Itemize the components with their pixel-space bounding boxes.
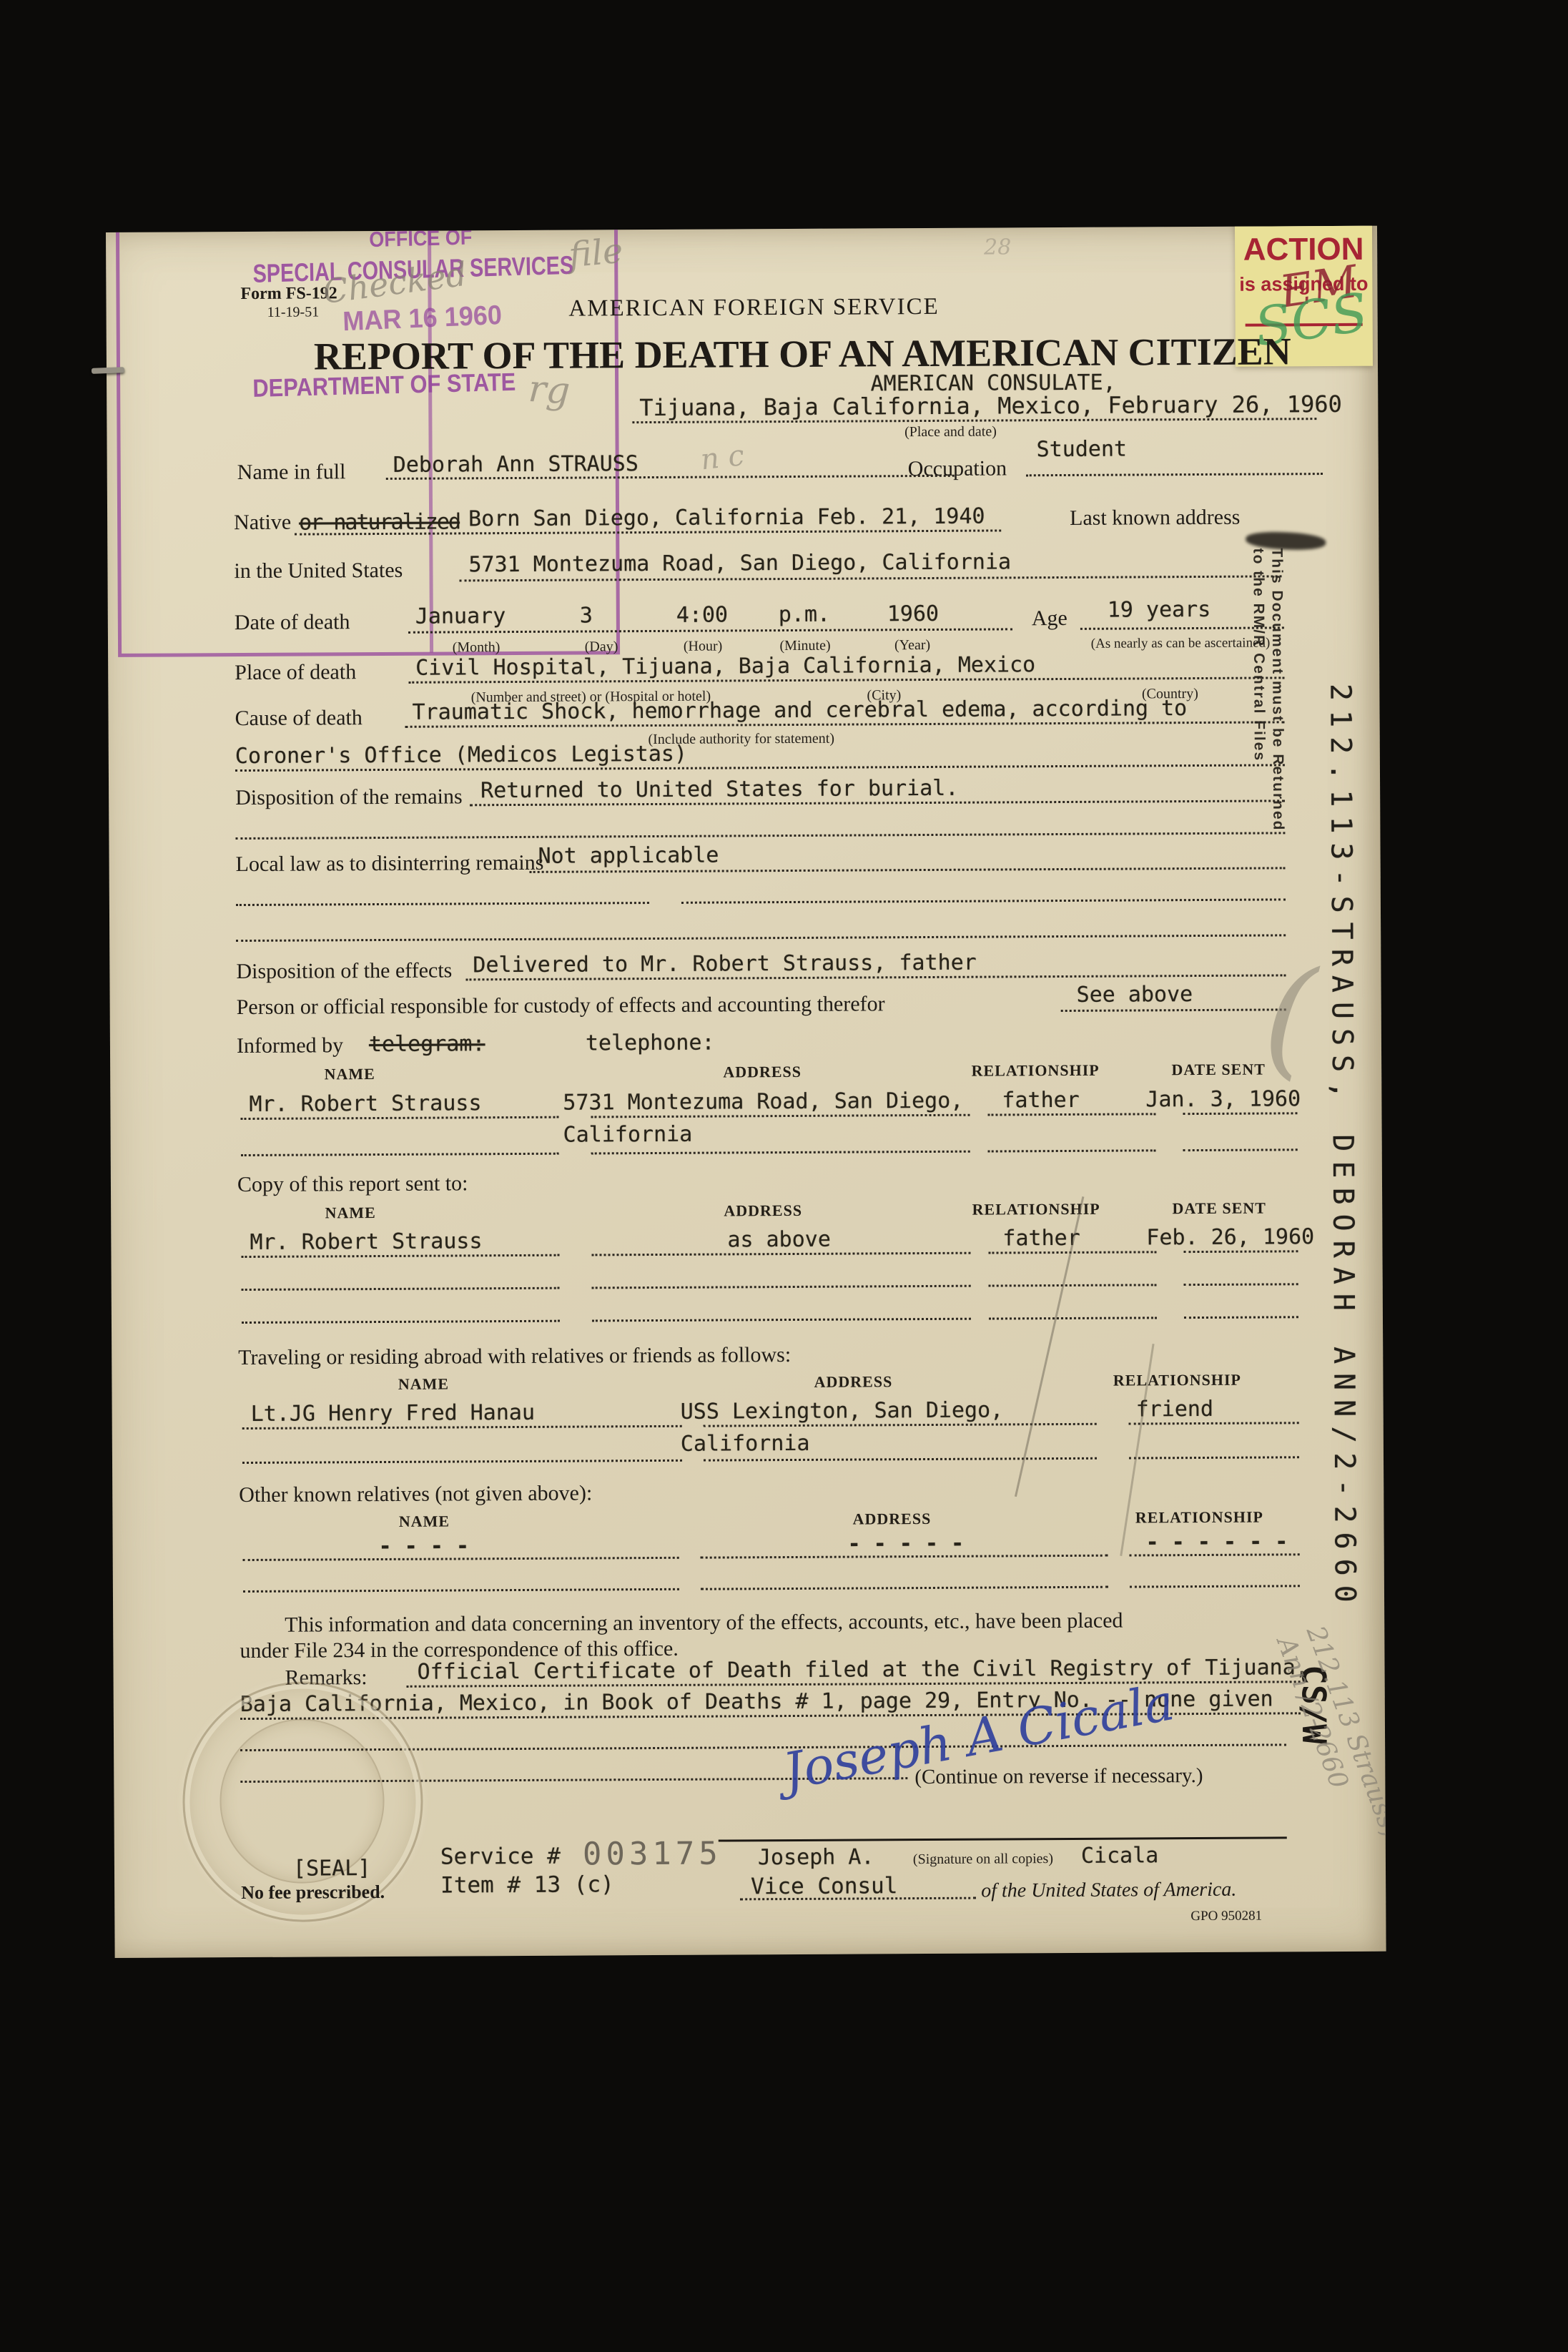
name-label: Name in full xyxy=(237,460,346,485)
traveling-header-address: ADDRESS xyxy=(781,1372,924,1392)
spacer-line-1 xyxy=(235,832,1285,840)
custody-label: Person or official responsible for custo… xyxy=(237,992,885,1020)
traveling-label: Traveling or residing abroad with relati… xyxy=(238,1343,791,1370)
death-day-value: 3 xyxy=(580,603,593,628)
service-number-value: 003175 xyxy=(583,1836,722,1873)
informed-row-address2: California xyxy=(563,1122,693,1148)
cause-of-death-value: Traumatic Shock, hemorrhage and cerebral… xyxy=(412,696,1187,725)
remains-value: Returned to United States for burial. xyxy=(480,776,958,803)
year-sublabel: (Year) xyxy=(877,637,948,654)
return-stamp-line1: This Document must be Returned xyxy=(1268,548,1286,831)
last-known-address-label: Last known address xyxy=(1070,506,1240,531)
custody-value: See above xyxy=(1077,982,1193,1008)
copy-report-label: Copy of this report sent to: xyxy=(237,1171,468,1197)
effects-label: Disposition of the effects xyxy=(236,958,452,984)
copy-line-relationship xyxy=(988,1251,1156,1254)
seal-bracket-note: [SEAL] xyxy=(293,1856,371,1881)
copy-header-address: ADDRESS xyxy=(699,1201,827,1221)
signer-first-name: Joseph A. xyxy=(758,1844,874,1870)
age-value: 19 years xyxy=(1108,597,1211,623)
remarks-value-line1: Official Certificate of Death filed at t… xyxy=(417,1655,1308,1685)
remarks-blank-line xyxy=(240,1743,1286,1751)
effects-value: Delivered to Mr. Robert Strauss, father xyxy=(473,950,977,978)
stamp-office-of: OFFICE OF xyxy=(369,226,473,252)
of-usa-text: of the United States of America. xyxy=(981,1879,1236,1903)
traveling-line-relationship xyxy=(1129,1422,1299,1425)
service-number-label: Service # xyxy=(440,1844,561,1870)
informed-header-name: NAME xyxy=(285,1065,414,1084)
name-value: Deborah Ann STRAUSS xyxy=(393,451,638,478)
copy-empty1-relationship xyxy=(989,1284,1157,1286)
other-row-address: - - - - - xyxy=(848,1531,965,1557)
informed-empty-relationship xyxy=(988,1149,1156,1152)
informed-row-name: Mr. Robert Strauss xyxy=(249,1091,481,1117)
informed-empty-date xyxy=(1183,1148,1298,1151)
death-hour-value: 4:00 xyxy=(676,602,728,627)
other-row-relationship: - - - - - - xyxy=(1146,1529,1288,1555)
age-label: Age xyxy=(1032,606,1067,631)
other-row-name: - - - - xyxy=(379,1533,470,1559)
copy-line-address xyxy=(591,1252,970,1256)
informed-row-relationship: father xyxy=(1002,1088,1080,1113)
death-report-form-paper: OFFICE OF SPECIAL CONSULAR SERVICES MAR … xyxy=(106,226,1386,1958)
traveling-empty-address xyxy=(704,1457,1097,1462)
us-address-label: in the United States xyxy=(234,559,403,584)
copy-empty2-address xyxy=(592,1318,971,1322)
traveling-row-address2: California xyxy=(681,1431,810,1457)
foreign-service-heading: AMERICAN FOREIGN SERVICE xyxy=(539,294,968,323)
informed-struck-word: telegram: xyxy=(369,1031,485,1057)
blank-line-1b xyxy=(681,898,1286,903)
closing-paragraph-line1: This information and data concerning an … xyxy=(285,1609,1123,1638)
copy-row-date: Feb. 26, 1960 xyxy=(1146,1224,1314,1250)
other-empty-relationship xyxy=(1130,1585,1300,1588)
copy-empty1-date xyxy=(1184,1283,1298,1286)
copy-empty1-name xyxy=(242,1287,560,1291)
signer-title: Vice Consul xyxy=(751,1873,897,1899)
cause-of-death-label: Cause of death xyxy=(235,706,362,731)
local-law-value: Not applicable xyxy=(538,843,719,869)
traveling-header-relationship: RELATIONSHIP xyxy=(1105,1371,1248,1390)
informed-header-relationship: RELATIONSHIP xyxy=(957,1061,1114,1081)
traveling-empty-name xyxy=(242,1460,682,1464)
signer-last-name: Cicala xyxy=(1081,1843,1159,1869)
date-of-death-label: Date of death xyxy=(235,610,350,635)
informed-empty-address xyxy=(591,1151,970,1155)
form-revision-date: 11-19-51 xyxy=(267,304,320,320)
copy-empty2-name xyxy=(242,1320,560,1324)
other-header-name: NAME xyxy=(352,1512,495,1531)
other-line-name xyxy=(243,1557,679,1561)
name-pencil-note: n c xyxy=(699,439,746,476)
copy-header-name: NAME xyxy=(286,1204,415,1223)
signature-line xyxy=(719,1836,1287,1841)
gpo-number: GPO 950281 xyxy=(1190,1909,1262,1925)
local-law-label: Local law as to disinterring remains xyxy=(236,851,544,877)
handwritten-file-note: file xyxy=(567,231,625,276)
other-relatives-label: Other known relatives (not given above): xyxy=(239,1481,592,1507)
traveling-row-relationship: friend xyxy=(1136,1397,1214,1422)
death-year-value: 1960 xyxy=(887,601,939,626)
occupation-value: Student xyxy=(1037,437,1128,463)
traveling-empty-relationship xyxy=(1129,1456,1299,1459)
other-header-relationship: RELATIONSHIP xyxy=(1128,1507,1271,1527)
day-sublabel: (Day) xyxy=(566,639,637,656)
custody-line xyxy=(1061,1008,1286,1012)
no-fee-note: No fee prescribed. xyxy=(241,1881,385,1904)
informed-by-label: Informed by xyxy=(237,1033,343,1058)
traveling-row-address: USS Lexington, San Diego, xyxy=(681,1397,1004,1424)
other-empty-address xyxy=(701,1586,1108,1590)
cause-continuation-value: Coroner's Office (Medicos Legistas) xyxy=(235,742,687,769)
blank-line-1a xyxy=(236,902,649,906)
native-struck-word: or naturalized xyxy=(299,509,460,535)
traveling-header-name: NAME xyxy=(352,1374,495,1394)
month-sublabel: (Month) xyxy=(433,639,519,656)
copy-empty1-address xyxy=(592,1285,971,1289)
occupation-label: Occupation xyxy=(908,456,1007,481)
remains-label: Disposition of the remains xyxy=(235,784,463,810)
informed-line-date xyxy=(1183,1112,1297,1115)
hour-sublabel: (Hour) xyxy=(667,638,739,655)
place-date-caption: (Place and date) xyxy=(829,423,1072,441)
return-stamp-line2: to the RM/R Central Files xyxy=(1250,548,1268,762)
copy-line-date xyxy=(1183,1250,1298,1253)
other-line-relationship xyxy=(1130,1553,1300,1556)
death-minute-value: p.m. xyxy=(779,602,830,627)
copy-header-relationship: RELATIONSHIP xyxy=(957,1200,1115,1219)
place-of-death-value: Civil Hospital, Tijuana, Baja California… xyxy=(415,652,1035,681)
blank-line-2 xyxy=(236,934,1286,942)
pencil-parenthesis: ( xyxy=(1260,941,1320,1093)
file-id-vertical: 212.113-STRAUSS, DEBORAH ANN/2-2660 xyxy=(1323,684,1361,1656)
copy-empty2-date xyxy=(1184,1316,1298,1319)
signature-caption: (Signature on all copies) xyxy=(890,1851,1076,1868)
return-stamp: This Document must be Returned to the RM… xyxy=(1248,548,1287,855)
scanned-document-page: { "colors": { "paper": "#ded4b8", "backg… xyxy=(0,0,1568,2352)
copy-header-date-sent: DATE SENT xyxy=(1144,1199,1294,1218)
other-line-address xyxy=(701,1555,1108,1559)
handwritten-faint-number: 28 xyxy=(984,235,1011,260)
us-address-value: 5731 Montezuma Road, San Diego, Californ… xyxy=(468,549,1011,577)
copy-empty2-relationship xyxy=(989,1317,1157,1319)
traveling-row-name: Lt.JG Henry Fred Hanau xyxy=(251,1400,536,1427)
item-number: Item # 13 (c) xyxy=(440,1871,614,1898)
informed-row-address: 5731 Montezuma Road, San Diego, xyxy=(563,1088,963,1116)
place-date-value: Tijuana, Baja California, Mexico, Februa… xyxy=(639,390,1342,421)
other-empty-name xyxy=(243,1588,679,1593)
place-of-death-label: Place of death xyxy=(235,660,356,685)
copy-row-relationship: father xyxy=(1002,1226,1080,1251)
occupation-line xyxy=(1026,473,1323,476)
remarks-label: Remarks: xyxy=(285,1665,368,1691)
native-label: Native xyxy=(234,511,291,535)
signer-title-line xyxy=(740,1897,976,1901)
death-month-value: January xyxy=(415,604,506,629)
informed-header-address: ADDRESS xyxy=(698,1063,827,1082)
informed-telephone-word: telephone: xyxy=(586,1030,715,1056)
minute-sublabel: (Minute) xyxy=(766,638,844,655)
informed-line-relationship xyxy=(987,1113,1155,1116)
birth-value: Born San Diego, California Feb. 21, 1940 xyxy=(468,504,985,532)
copy-row-name: Mr. Robert Strauss xyxy=(250,1229,482,1255)
other-header-address: ADDRESS xyxy=(820,1510,963,1529)
staple xyxy=(92,367,124,374)
copy-row-address: as above xyxy=(727,1227,831,1253)
informed-empty-name xyxy=(241,1153,559,1156)
